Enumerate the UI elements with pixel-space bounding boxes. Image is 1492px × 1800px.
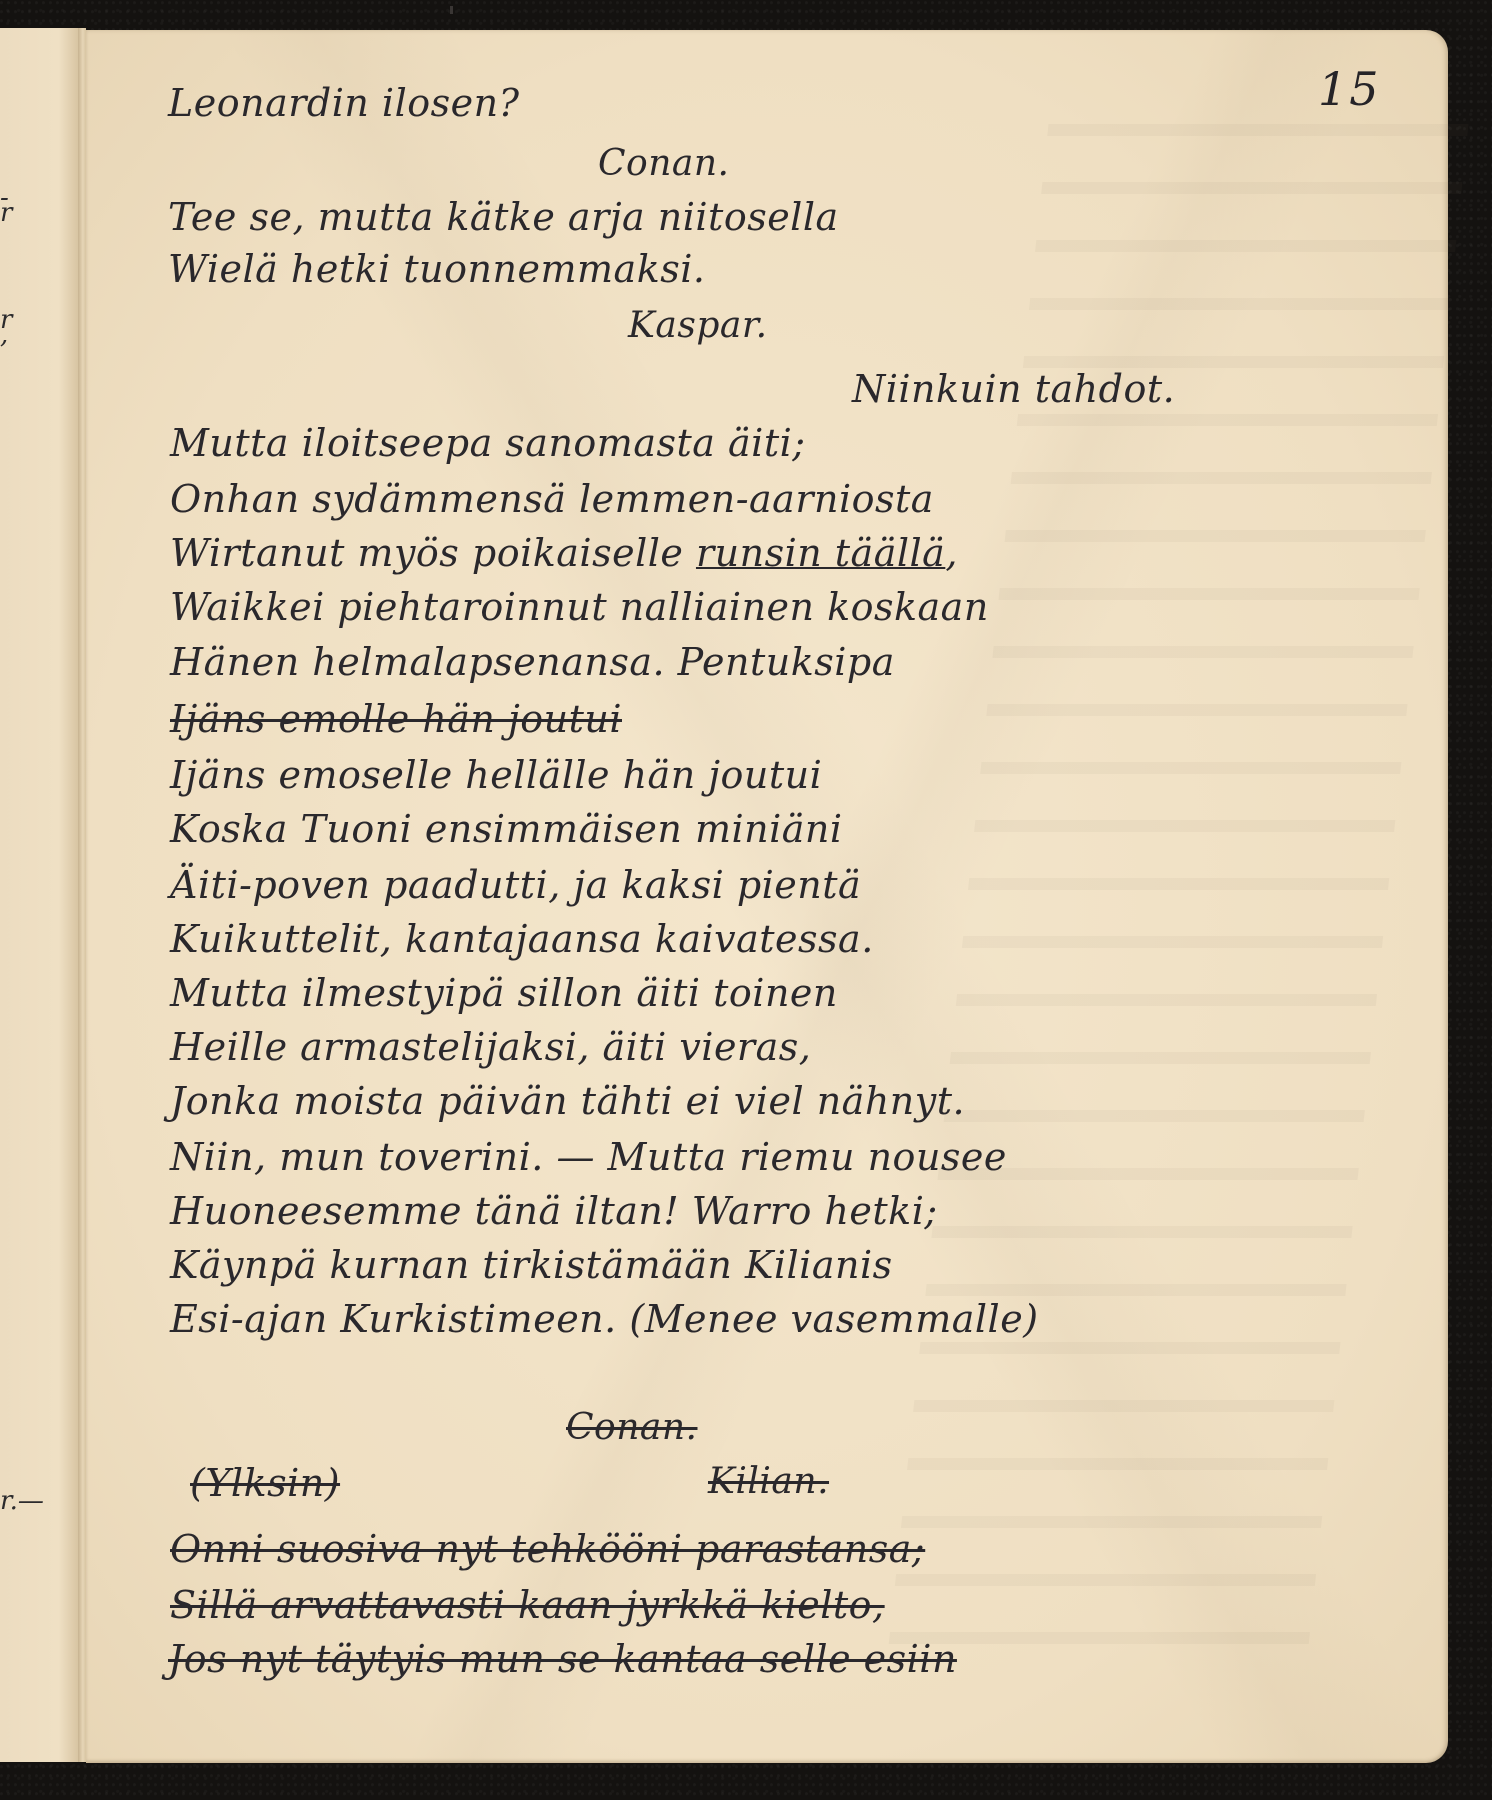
- left-page-fragment: r: [0, 200, 12, 226]
- manuscript-line: Ijäns emoselle hellälle hän joutui: [170, 756, 822, 794]
- manuscript-line: Niinkuin tahdot.: [852, 370, 1175, 408]
- book-gutter: [78, 28, 86, 1762]
- manuscript-line: Wielä hetki tuonnemmaksi.: [168, 250, 705, 288]
- left-page-fragment: r.—: [0, 1488, 44, 1514]
- manuscript-line: Koska Tuoni ensimmäisen miniäni: [170, 810, 843, 848]
- struck-line: Sillä arvattavasti kaan jyrkkä kielto,: [170, 1586, 885, 1624]
- left-page-fragment: ,: [0, 322, 8, 348]
- underlined-words: runsin täällä: [696, 531, 945, 575]
- line-suffix: ,: [945, 531, 958, 575]
- manuscript-line: Wirtanut myös poikaiselle runsin täällä,: [170, 534, 958, 572]
- manuscript-line: Hänen helmalapsenansa. Pentuksipa: [170, 643, 895, 681]
- manuscript-line: Mutta ilmestyipä sillon äiti toinen: [170, 974, 838, 1012]
- manuscript-line: Tee se, mutta kätke arja niitosella: [168, 198, 839, 236]
- speaker-name: Kaspar.: [628, 308, 768, 344]
- manuscript-line: Mutta iloitseepa sanomasta äiti;: [170, 424, 806, 462]
- manuscript-line: Kuikuttelit, kantajaansa kaivatessa.: [170, 920, 874, 958]
- manuscript-line: Esi-ajan Kurkistimeen. (Menee vasemmalle…: [170, 1300, 1039, 1338]
- manuscript-line: Äiti-poven paadutti, ja kaksi pientä: [170, 866, 861, 904]
- struck-line: Jos nyt täytyis mun se kantaa selle esii…: [168, 1640, 957, 1678]
- manuscript-line: Leonardin ilosen?: [168, 84, 519, 122]
- struck-speaker-name: Conan.: [566, 1410, 698, 1446]
- line-text: Wirtanut myös poikaiselle: [170, 531, 683, 575]
- manuscript-line: Jonka moista päivän tähti ei viel nähnyt…: [170, 1082, 965, 1120]
- speaker-name: Conan.: [598, 146, 730, 182]
- manuscript-line: Niin, mun toverini. — Mutta riemu nousee: [170, 1138, 1007, 1176]
- manuscript-line: Heille armastelijaksi, äiti vieras,: [170, 1028, 811, 1066]
- struck-line: Onni suosiva nyt tehkööni parastansa;: [170, 1530, 925, 1568]
- manuscript-line: Waikkei piehtaroinnut nalliainen koskaan: [170, 588, 989, 626]
- struck-line: Ijäns emolle hän joutui: [170, 700, 622, 738]
- manuscript-line: Huoneesemme tänä iltan! Warro hetki;: [170, 1192, 938, 1230]
- struck-speaker-name: Kilian.: [708, 1464, 829, 1500]
- left-page-edge: ‑ r r , r.—: [0, 28, 84, 1762]
- ink-bleed-through: [884, 90, 1472, 1690]
- page-number: 15: [1318, 62, 1381, 116]
- manuscript-line: Onhan sydämmensä lemmen-aarniosta: [170, 480, 934, 518]
- pencil-mark: [450, 6, 453, 14]
- struck-stage-direction: (Ylksin): [190, 1464, 340, 1502]
- manuscript-line: Käynpä kurnan tirkistämään Kilianis: [170, 1246, 893, 1284]
